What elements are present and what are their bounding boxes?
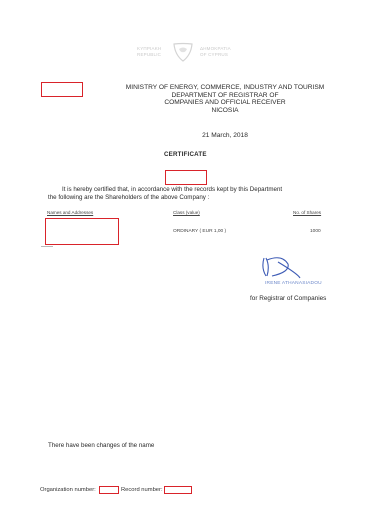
share-count-value: 1000 [310, 229, 321, 234]
column-header-class: Class (value) [173, 210, 200, 215]
signatory-role: for Registrar of Companies [250, 295, 326, 302]
crest-right-line2: OF CYPRUS [200, 52, 231, 58]
redacted-shareholder-name [45, 218, 119, 245]
crest-right-text: ΔΗΜΟΚΡΑΤΙΑ OF CYPRUS [200, 46, 231, 58]
name-changes-note: There have been changes of the name [48, 442, 154, 449]
divider-mark [41, 246, 53, 247]
certification-paragraph: It is hereby certified that, in accordan… [48, 186, 348, 201]
redacted-organization-number [99, 486, 119, 494]
organization-number-label: Organization number: [40, 487, 96, 493]
signature-icon [258, 254, 302, 282]
redacted-company [165, 170, 207, 185]
column-header-names: Names and Addresses [47, 210, 93, 215]
signatory-name: IRENE ATHANASIADOU [265, 281, 322, 286]
crest-left-text: ΚΥΠΡΙΑΚΗ REPUBLIC [137, 46, 161, 58]
header-line-3: COMPANIES AND OFFICIAL RECEIVER [100, 99, 350, 107]
crest-left-line2: REPUBLIC [137, 52, 161, 58]
header-line-1: MINISTRY OF ENERGY, COMMERCE, INDUSTRY A… [100, 84, 350, 92]
header-line-2: DEPARTMENT OF REGISTRAR OF [100, 92, 350, 100]
share-class-value: ORDINARY ( EUR 1,00 ) [173, 229, 226, 234]
paragraph-line-1: It is hereby certified that, in accordan… [48, 186, 348, 194]
ministry-header: MINISTRY OF ENERGY, COMMERCE, INDUSTRY A… [100, 84, 350, 114]
header-line-4: NICOSIA [100, 107, 350, 115]
record-number-label: Record number: [121, 487, 163, 493]
column-header-shares: No. of Shares [293, 210, 321, 215]
certificate-date: 21 March, 2018 [150, 132, 300, 139]
redacted-company-name [41, 82, 83, 97]
paragraph-line-2: the following are the Shareholders of th… [48, 194, 209, 201]
certificate-title: CERTIFICATE [164, 151, 207, 158]
redacted-record-number [164, 486, 192, 494]
coat-of-arms-icon [172, 41, 194, 63]
